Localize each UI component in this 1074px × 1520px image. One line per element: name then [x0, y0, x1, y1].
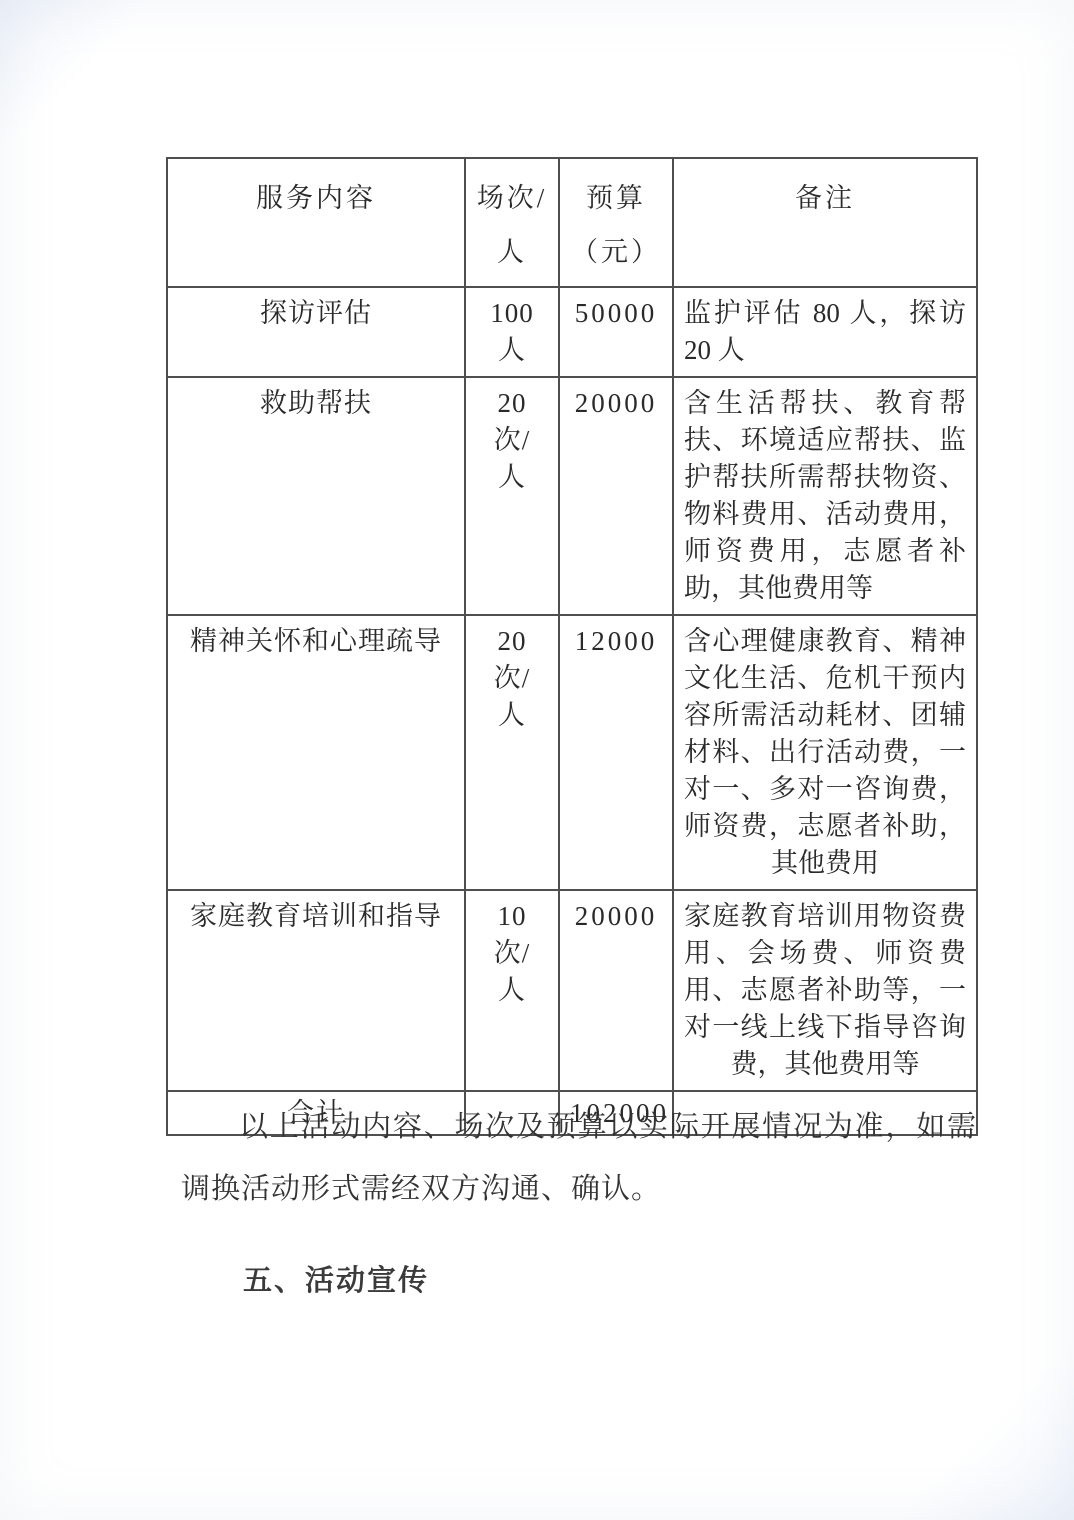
- cell-budget: 20000: [559, 377, 673, 615]
- table-header-row: 服务内容 场次/ 人 预算 （元） 备注: [167, 158, 977, 287]
- cell-remark: 含心理健康教育、精神文化生活、危机干预内容所需活动耗材、团辅材料、出行活动费，一…: [673, 615, 977, 890]
- table-row-mental-care: 精神关怀和心理疏导 20 次/ 人 12000 含心理健康教育、精神文化生活、危…: [167, 615, 977, 890]
- cell-sessions: 20 次/ 人: [465, 615, 559, 890]
- document-page: 服务内容 场次/ 人 预算 （元） 备注 探访评估 100 人 50000 监护…: [0, 0, 1074, 1520]
- col-header-sessions: 场次/ 人: [465, 158, 559, 287]
- cell-remark: 含生活帮扶、教育帮扶、环境适应帮扶、监护帮扶所需帮扶物资、物料费用、活动费用，师…: [673, 377, 977, 615]
- col-header-remark: 备注: [673, 158, 977, 287]
- cell-remark: 监护评估 80 人，探访 20 人: [673, 287, 977, 377]
- cell-budget: 20000: [559, 890, 673, 1091]
- section-heading-activity-promotion: 五、活动宣传: [243, 1258, 429, 1299]
- cell-service: 家庭教育培训和指导: [167, 890, 465, 1091]
- cell-service: 精神关怀和心理疏导: [167, 615, 465, 890]
- table-row-family-education: 家庭教育培训和指导 10 次/ 人 20000 家庭教育培训用物资费用、会场费、…: [167, 890, 977, 1091]
- cell-sessions: 100 人: [465, 287, 559, 377]
- cell-sessions: 10 次/ 人: [465, 890, 559, 1091]
- table-row-visit-assessment: 探访评估 100 人 50000 监护评估 80 人，探访 20 人: [167, 287, 977, 377]
- cell-remark: 家庭教育培训用物资费用、会场费、师资费用、志愿者补助等，一对一线上线下指导咨询费…: [673, 890, 977, 1091]
- cell-budget: 12000: [559, 615, 673, 890]
- cell-service: 探访评估: [167, 287, 465, 377]
- cell-sessions: 20 次/ 人: [465, 377, 559, 615]
- cell-budget: 50000: [559, 287, 673, 377]
- budget-table: 服务内容 场次/ 人 预算 （元） 备注 探访评估 100 人 50000 监护…: [166, 157, 978, 1136]
- summary-paragraph: 以上活动内容、场次及预算以实际开展情况为准，如需调换活动形式需经双方沟通、确认。: [181, 1096, 977, 1220]
- cell-service: 救助帮扶: [167, 377, 465, 615]
- col-header-budget: 预算 （元）: [559, 158, 673, 287]
- table-row-rescue-aid: 救助帮扶 20 次/ 人 20000 含生活帮扶、教育帮扶、环境适应帮扶、监护帮…: [167, 377, 977, 615]
- col-header-service: 服务内容: [167, 158, 465, 287]
